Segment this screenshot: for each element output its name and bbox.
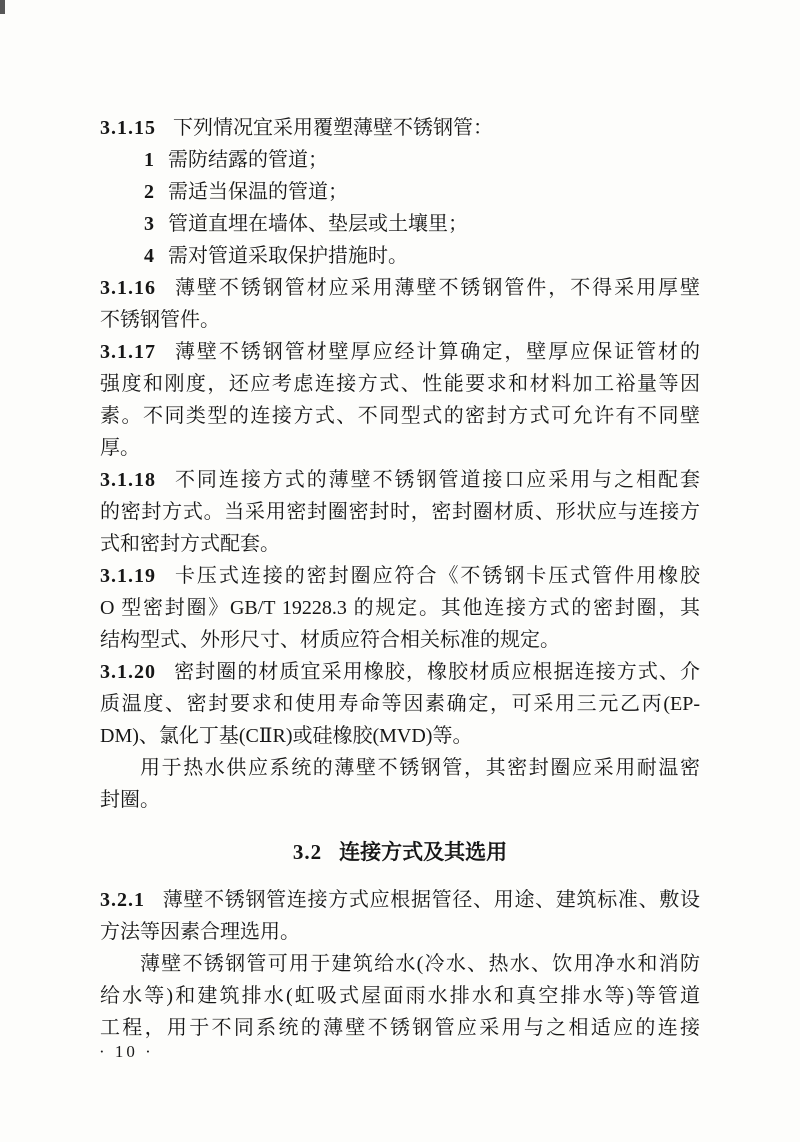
text-line: 质温度、密封要求和使用寿命等因素确定，可采用三元乙丙(EP-	[100, 688, 700, 720]
clause-3-1-17: 3.1.17薄壁不锈钢管材壁厚应经计算确定，壁厚应保证管材的	[100, 336, 700, 368]
list-item-1: 1需防结露的管道；	[100, 144, 700, 176]
text-line: O 型密封圈》GB/T 19228.3 的规定。其他连接方式的密封圈，其	[100, 592, 700, 624]
list-item-3: 3管道直埋在墙体、垫层或土壤里；	[100, 208, 700, 240]
item-text: 需适当保温的管道；	[168, 181, 348, 203]
clause-number: 3.1.17	[100, 341, 156, 363]
clause-text: 薄壁不锈钢管材应采用薄壁不锈钢管件，不得采用厚壁	[173, 277, 700, 299]
text-line: DM)、氯化丁基(CⅡR)或硅橡胶(MVD)等。	[100, 720, 700, 752]
text-line: 的密封方式。当采用密封圈密封时，密封圈材质、形状应与连接方	[100, 496, 700, 528]
item-number: 4	[144, 245, 154, 267]
clause-3-1-15: 3.1.15下列情况宜采用覆塑薄壁不锈钢管：	[100, 112, 700, 144]
text-line: 强度和刚度，还应考虑连接方式、性能要求和材料加工裕量等因	[100, 368, 700, 400]
scan-edge-artifact	[0, 0, 5, 14]
item-number: 3	[144, 213, 154, 235]
clause-number: 3.1.20	[100, 661, 156, 683]
item-text: 需对管道采取保护措施时。	[168, 245, 408, 267]
clause-number: 3.1.15	[100, 117, 156, 139]
clause-number: 3.1.16	[100, 277, 156, 299]
text-line: 封圈。	[100, 784, 700, 816]
item-text: 需防结露的管道；	[168, 149, 328, 171]
clause-text: 卡压式连接的密封圈应符合《不锈钢卡压式管件用橡胶	[173, 565, 700, 587]
clause-number: 3.1.19	[100, 565, 156, 587]
clause-text: 下列情况宜采用覆塑薄壁不锈钢管：	[173, 117, 493, 139]
clause-text: 不同连接方式的薄壁不锈钢管道接口应采用与之相配套	[173, 469, 700, 491]
clause-text: 密封圈的材质宜采用橡胶，橡胶材质应根据连接方式、介	[173, 661, 700, 683]
item-number: 2	[144, 181, 154, 203]
item-text: 管道直埋在墙体、垫层或土壤里；	[168, 213, 468, 235]
page-number: · 10 ·	[99, 1042, 154, 1062]
text-line: 工程，用于不同系统的薄壁不锈钢管应采用与之相适应的连接	[100, 1012, 700, 1044]
section-number: 3.2	[293, 840, 322, 864]
text-line: 薄壁不锈钢管可用于建筑给水(冷水、热水、饮用净水和消防	[100, 948, 700, 980]
text-line: 式和密封方式配套。	[100, 528, 700, 560]
text-column: 3.1.15下列情况宜采用覆塑薄壁不锈钢管： 1需防结露的管道； 2需适当保温的…	[100, 112, 700, 1044]
clause-text: 薄壁不锈钢管材壁厚应经计算确定，壁厚应保证管材的	[173, 341, 700, 363]
text-line: 厚。	[100, 432, 700, 464]
clause-3-1-19: 3.1.19卡压式连接的密封圈应符合《不锈钢卡压式管件用橡胶	[100, 560, 700, 592]
section-title: 连接方式及其选用	[339, 840, 507, 864]
clause-3-1-16: 3.1.16薄壁不锈钢管材应采用薄壁不锈钢管件，不得采用厚壁	[100, 272, 700, 304]
clause-number: 3.2.1	[100, 889, 145, 911]
item-number: 1	[144, 149, 154, 171]
list-item-2: 2需适当保温的管道；	[100, 176, 700, 208]
document-page: 3.1.15下列情况宜采用覆塑薄壁不锈钢管： 1需防结露的管道； 2需适当保温的…	[0, 0, 800, 1142]
clause-3-1-18: 3.1.18不同连接方式的薄壁不锈钢管道接口应采用与之相配套	[100, 464, 700, 496]
clause-number: 3.1.18	[100, 469, 156, 491]
clause-3-2-1: 3.2.1薄壁不锈钢管连接方式应根据管径、用途、建筑标准、敷设	[100, 884, 700, 916]
text-line: 不锈钢管件。	[100, 304, 700, 336]
text-line: 结构型式、外形尺寸、材质应符合相关标准的规定。	[100, 624, 700, 656]
clause-3-1-20: 3.1.20密封圈的材质宜采用橡胶，橡胶材质应根据连接方式、介	[100, 656, 700, 688]
section-heading: 3.2连接方式及其选用	[100, 836, 700, 868]
list-item-4: 4需对管道采取保护措施时。	[100, 240, 700, 272]
clause-text: 薄壁不锈钢管连接方式应根据管径、用途、建筑标准、敷设	[162, 889, 700, 911]
text-line: 方法等因素合理选用。	[100, 916, 700, 948]
text-line: 素。不同类型的连接方式、不同型式的密封方式可允许有不同壁	[100, 400, 700, 432]
text-line: 用于热水供应系统的薄壁不锈钢管，其密封圈应采用耐温密	[100, 752, 700, 784]
text-line: 给水等)和建筑排水(虹吸式屋面雨水排水和真空排水等)等管道	[100, 980, 700, 1012]
